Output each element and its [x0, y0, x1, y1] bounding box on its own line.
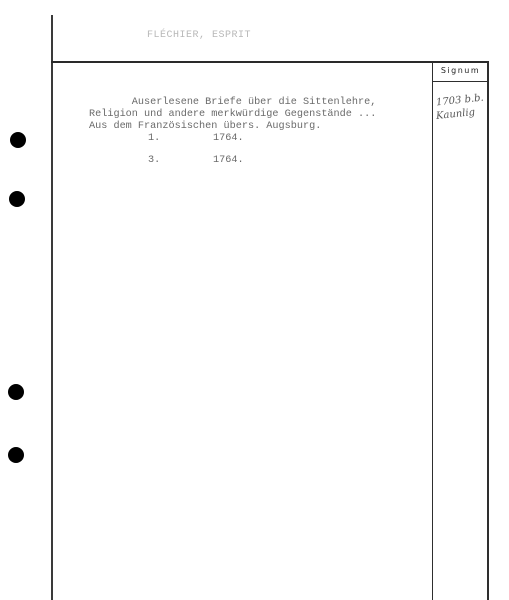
author-heading: FLÉCHIER, ESPRIT — [147, 30, 251, 41]
title-line-3: Aus dem Französischen übers. Augsburg. — [89, 121, 321, 133]
volume-1-year: 1764. — [213, 133, 244, 145]
signum-header-rule — [432, 81, 488, 82]
punch-hole-icon — [9, 191, 25, 207]
punch-hole-icon — [8, 384, 24, 400]
volume-3-number: 3. — [148, 155, 160, 167]
signum-handwritten-line-2: Kaunlig — [436, 107, 476, 122]
signum-handwritten-line-1: 1703 b.b. — [436, 93, 485, 109]
punch-hole-icon — [10, 132, 26, 148]
card-left-rule — [51, 15, 53, 600]
signum-column-right-rule — [487, 62, 489, 600]
title-line-2: Religion und andere merkwürdige Gegenstä… — [89, 109, 376, 121]
volume-1-number: 1. — [148, 133, 160, 145]
signum-label: Signum — [433, 66, 488, 75]
punch-hole-icon — [8, 447, 24, 463]
signum-column-left-rule — [432, 62, 433, 600]
volume-3-year: 1764. — [213, 155, 244, 167]
card-top-rule — [51, 61, 489, 63]
title-line-1: Auserlesene Briefe über die Sittenlehre, — [89, 97, 376, 109]
